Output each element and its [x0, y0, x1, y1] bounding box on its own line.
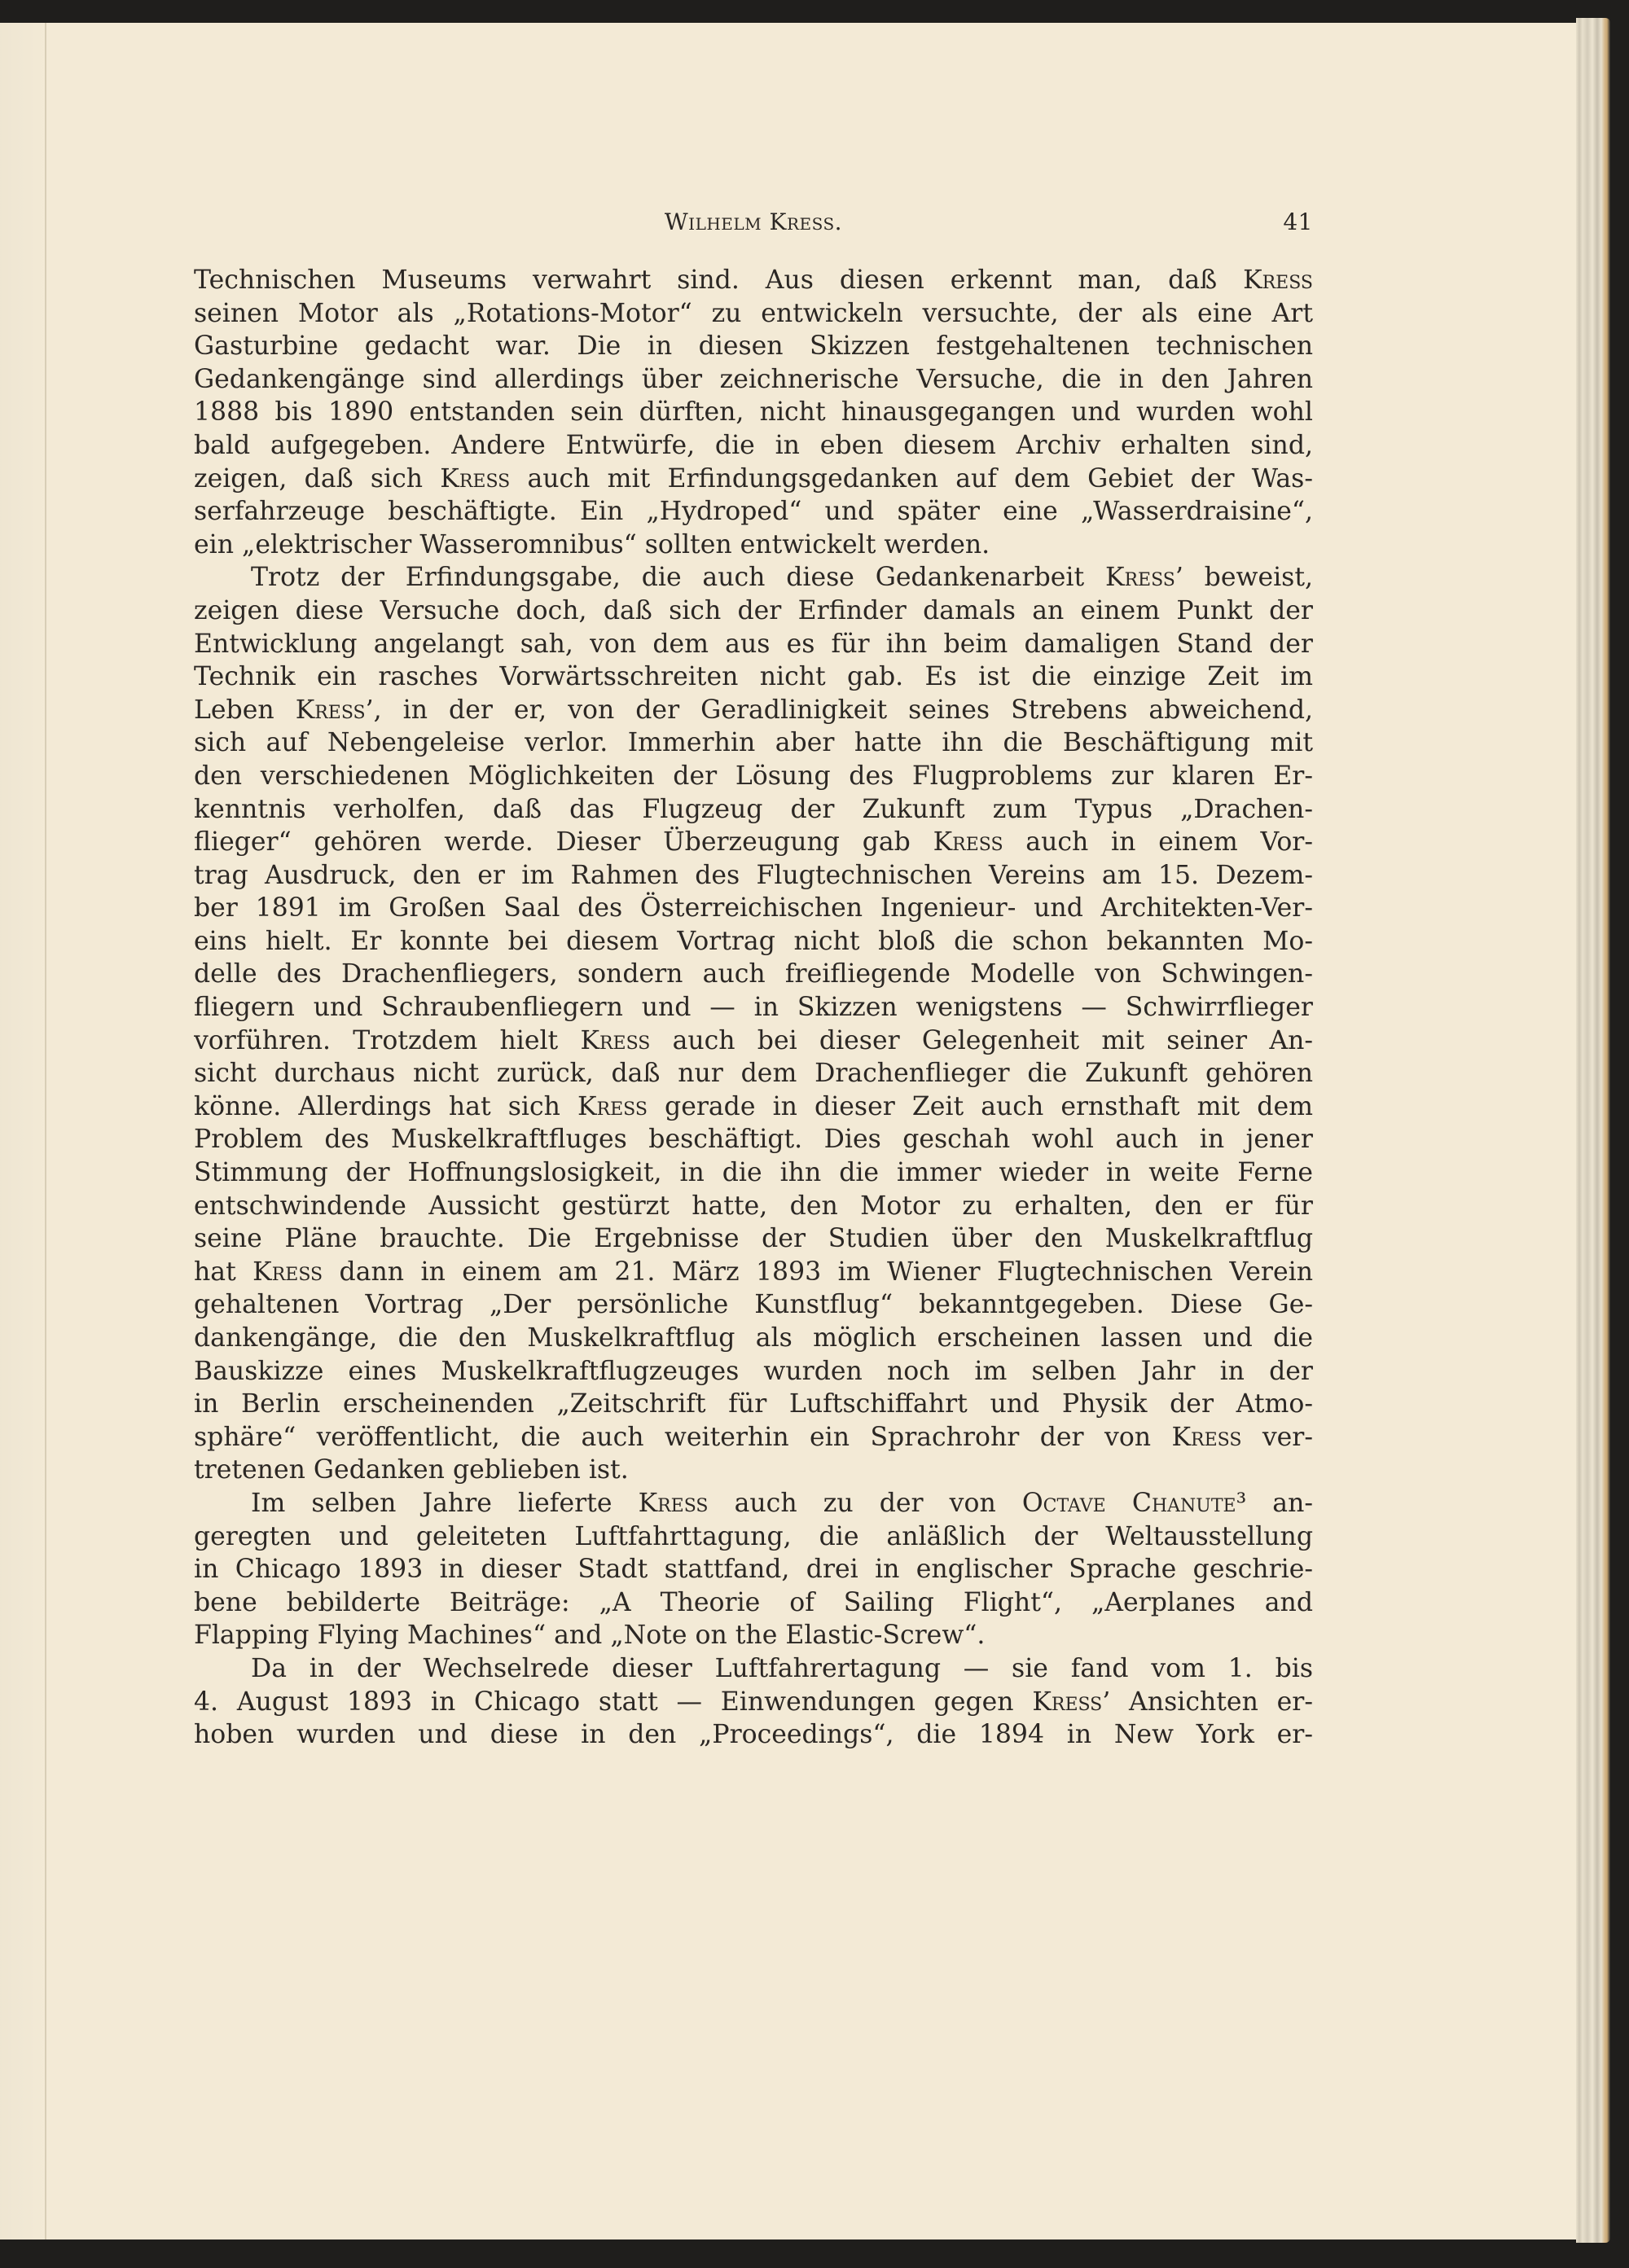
text-line: ber 1891 im Großen Saal des Österreichis…: [194, 892, 1313, 925]
small-caps-name: Chanute: [1132, 1489, 1236, 1518]
page-edges: [1576, 18, 1610, 2243]
text-line: eins hielt. Er konnte bei diesem Vortrag…: [194, 925, 1313, 959]
text-line: sicht durchaus nicht zurück, daß nur dem…: [194, 1057, 1313, 1090]
text-line: bene bebilderte Beiträge: „A Theorie of …: [194, 1586, 1313, 1620]
text-line: Entwicklung angelangt sah, von dem aus e…: [194, 628, 1313, 661]
text-line: 1888 bis 1890 entstanden sein dürften, n…: [194, 396, 1313, 429]
text-line: Technik ein rasches Vorwärtsschreiten ni…: [194, 660, 1313, 694]
small-caps-name: Octave: [1022, 1489, 1106, 1518]
small-caps-name: Kress: [296, 695, 366, 725]
text-line: Gasturbine gedacht war. Die in diesen Sk…: [194, 330, 1313, 363]
text-line: flieger“ gehören werde. Dieser Überzeugu…: [194, 826, 1313, 859]
small-caps-name: Kress: [1105, 563, 1175, 592]
page-number: 41: [1283, 208, 1313, 235]
text-line: hoben wurden und diese in den „Proceedin…: [194, 1718, 1313, 1752]
text-line: zeigen diese Versuche doch, daß sich der…: [194, 594, 1313, 628]
text-line: Trotz der Erfindungsgabe, die auch diese…: [194, 561, 1313, 594]
text-line: Bauskizze eines Muskelkraftflugzeuges wu…: [194, 1355, 1313, 1388]
text-line: kenntnis verholfen, daß das Flugzeug der…: [194, 793, 1313, 827]
running-head: Wilhelm Kress. 41: [194, 208, 1313, 244]
small-caps-name: Kress: [440, 464, 510, 494]
text-line: in Berlin erscheinenden „Zeitschrift für…: [194, 1388, 1313, 1421]
small-caps-name: Kress: [933, 827, 1003, 857]
text-line: Problem des Muskelkraftfluges beschäftig…: [194, 1123, 1313, 1156]
text-line: seinen Motor als „Rotations-Motor“ zu en…: [194, 297, 1313, 331]
text-line: seine Pläne brauchte. Die Ergebnisse der…: [194, 1222, 1313, 1256]
text-line: könne. Allerdings hat sich Kress gerade …: [194, 1090, 1313, 1124]
running-head-title: Wilhelm Kress.: [194, 208, 1313, 235]
text-line: delle des Drachenfliegers, sondern auch …: [194, 958, 1313, 991]
small-caps-name: Kress: [639, 1489, 709, 1518]
gutter-fold: [45, 23, 46, 2239]
text-line: gehaltenen Vortrag „Der persönliche Kuns…: [194, 1288, 1313, 1322]
small-caps-name: Kress: [1243, 265, 1313, 295]
text-line: Gedankengänge sind allerdings über zeich…: [194, 363, 1313, 397]
small-caps-name: Kress: [1032, 1687, 1102, 1717]
text-line: Da in der Wechselrede dieser Luftfahrert…: [194, 1652, 1313, 1686]
text-line: vorführen. Trotzdem hielt Kress auch bei…: [194, 1024, 1313, 1058]
small-caps-name: Kress: [577, 1092, 648, 1121]
text-line: Flapping Flying Machines“ and „Note on t…: [194, 1619, 1313, 1652]
book-page: Wilhelm Kress. 41 Technischen Museums ve…: [0, 23, 1576, 2239]
text-line: trag Ausdruck, den er im Rahmen des Flug…: [194, 859, 1313, 893]
small-caps-name: Kress: [252, 1257, 323, 1287]
text-line: Im selben Jahre lieferte Kress auch zu d…: [194, 1487, 1313, 1520]
text-line: 4. August 1893 in Chicago statt — Einwen…: [194, 1686, 1313, 1719]
text-line: dankengänge, die den Muskelkraftflug als…: [194, 1322, 1313, 1355]
text-line: hat Kress dann in einem am 21. März 1893…: [194, 1256, 1313, 1289]
small-caps-name: Kress: [1172, 1423, 1242, 1452]
text-line: ein „elektrischer Wasseromnibus“ sollten…: [194, 529, 1313, 562]
text-line: sphäre“ veröffentlicht, die auch weiterh…: [194, 1421, 1313, 1454]
text-line: bald aufgegeben. Andere Entwürfe, die in…: [194, 429, 1313, 463]
text-line: Leben Kress’, in der er, von der Geradli…: [194, 694, 1313, 727]
text-line: geregten und geleiteten Luftfahrttagung,…: [194, 1520, 1313, 1554]
text-line: in Chicago 1893 in dieser Stadt stattfan…: [194, 1553, 1313, 1586]
text-line: tretenen Gedanken geblieben ist.: [194, 1454, 1313, 1487]
text-line: fliegern und Schraubenfliegern und — in …: [194, 991, 1313, 1024]
text-line: serfahrzeuge beschäftigte. Ein „Hydroped…: [194, 495, 1313, 529]
text-line: sich auf Nebengeleise verlor. Immerhin a…: [194, 726, 1313, 760]
text-line: zeigen, daß sich Kress auch mit Erfindun…: [194, 463, 1313, 496]
text-line: Stimmung der Hoffnungslosigkeit, in die …: [194, 1156, 1313, 1190]
small-caps-name: Kress: [580, 1026, 650, 1055]
text-line: entschwindende Aussicht gestürzt hatte, …: [194, 1190, 1313, 1223]
text-line: den verschiedenen Möglichkeiten der Lösu…: [194, 760, 1313, 793]
body-text: Technischen Museums verwahrt sind. Aus d…: [194, 264, 1313, 1752]
text-line: Technischen Museums verwahrt sind. Aus d…: [194, 264, 1313, 297]
